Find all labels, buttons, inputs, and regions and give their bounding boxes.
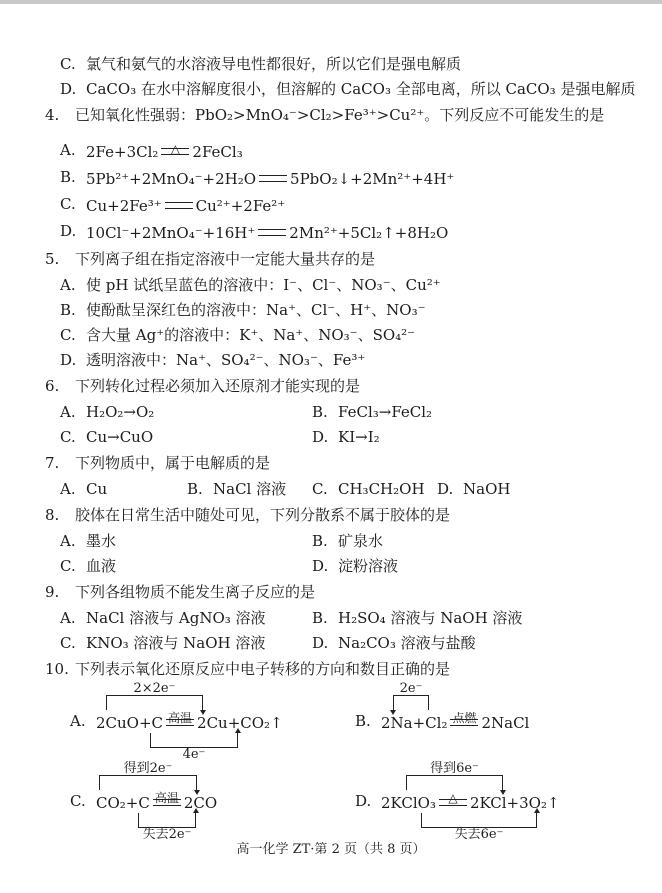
q8-options-row-2: C. 血液 D. 淀粉溶液 [45,554,636,579]
option-label: B. [312,400,338,425]
q6-options-row-2: C. Cu→CuO D. KI→I₂ [45,425,636,450]
equals-with-condition: 高温 [153,790,181,812]
option-label: B. [355,683,381,732]
equals-with-condition [259,165,287,190]
equals-sign [259,175,287,182]
equation: 5Pb²⁺+2MnO₄⁻+2H₂O5PbO₂↓+2Mn²⁺+4H⁺ [86,165,454,192]
question-stem: 下列转化过程必须加入还原剂才能实现的是 [75,373,636,400]
equation: 2Na+Cl₂点燃2NaCl [381,714,529,732]
equation: 10Cl⁻+2MnO₄⁻+16H⁺2Mn²⁺+5Cl₂↑+8H₂O [86,219,448,246]
question-number: 5. [45,246,75,273]
q10-option-a-diagram: A. 2×2e⁻ 2CuO+C高温2Cu+CO₂↑ 4e⁻ [70,683,355,763]
option-text: Cu→CuO [86,425,153,450]
electron-transfer-diagram: 得到6e⁻ 2KClO₃△2KCl+3O₂↑ 失去6e⁻ [381,763,560,814]
electron-bracket-bottom: 失去2e⁻ [138,813,196,828]
q10-diagram-row-1: A. 2×2e⁻ 2CuO+C高温2Cu+CO₂↑ 4e⁻ B. [45,683,636,763]
question-6: 6. 下列转化过程必须加入还原剂才能实现的是 [45,373,636,400]
option-label: A. [60,400,86,425]
option-label: C. [60,554,86,579]
question-stem: 下列离子组在指定溶液中一定能大量共存的是 [75,246,636,273]
option-label: C. [60,425,86,450]
equation-left: 2Na+Cl₂ [381,714,447,732]
page-footer: 高一化学 ZT·第 2 页（共 8 页） [0,838,662,857]
question-number: 10. [45,656,75,683]
q9-options-row-1: A. NaCl 溶液与 AgNO₃ 溶液 B. H₂SO₄ 溶液与 NaOH 溶… [45,606,636,631]
option-label: A. [60,273,86,298]
arrow-up-icon [534,808,540,813]
electron-bracket-top: 2×2e⁻ [106,695,203,710]
equation-left: 5Pb²⁺+2MnO₄⁻+2H₂O [86,170,256,188]
electron-bracket-top: 得到2e⁻ [99,775,197,790]
q7-option-c: C. CH₃CH₂OH [312,477,437,502]
q10-option-d-diagram: D. 得到6e⁻ 2KClO₃△2KCl+3O₂↑ 失去6e⁻ [355,763,560,843]
q4-option-a: A. 2Fe+3Cl₂△2FeCl₃ [45,138,636,165]
q8-options-row-1: A. 墨水 B. 矿泉水 [45,529,636,554]
equation-left: CO₂+C [96,794,150,812]
option-text: KNO₃ 溶液与 NaOH 溶液 [86,631,265,656]
electron-bracket-top: 2e⁻ [393,695,429,710]
q6-option-b: B. FeCl₃→FeCl₂ [312,400,636,425]
electron-count-label: 4e⁻ [183,748,206,762]
question-stem: 下列表示氧化还原反应中电子转移的方向和数目正确的是 [75,656,636,683]
option-text: 淀粉溶液 [338,554,398,579]
equals-with-condition: △ [161,138,189,163]
option-text: NaCl 溶液 [213,477,286,502]
equation-left: Cu+2Fe³⁺ [86,197,162,215]
option-label: A. [70,683,96,732]
question-4: 4. 已知氧化性强弱：PbO₂>MnO₄⁻>Cl₂>Fe³⁺>Cu²⁺。下列反应… [45,102,636,129]
equation-left: 2KClO₃ [381,794,436,812]
q4-option-c: C. Cu+2Fe³⁺Cu²⁺+2Fe²⁺ [45,192,636,219]
q6-option-a: A. H₂O₂→O₂ [60,400,312,425]
option-label: A. [60,606,86,631]
equation-left: 2Fe+3Cl₂ [86,143,158,161]
question-8: 8. 胶体在日常生活中随处可见，下列分散系不属于胶体的是 [45,502,636,529]
electron-transfer-diagram: 得到2e⁻ CO₂+C高温2CO 失去2e⁻ [96,763,217,814]
equation-right: 2CO [184,794,217,812]
q8-option-c: C. 血液 [60,554,312,579]
option-text: H₂O₂→O₂ [86,400,154,425]
question-number: 6. [45,373,75,400]
arrow-up-icon [193,808,199,813]
q5-option-a: A. 使 pH 试纸呈蓝色的溶液中：I⁻、Cl⁻、NO₃⁻、Cu²⁺ [45,273,636,298]
option-label: D. [355,763,381,812]
option-label: D. [60,219,86,246]
option-label: A. [60,477,86,502]
q9-option-b: B. H₂SO₄ 溶液与 NaOH 溶液 [312,606,636,631]
equation-left: 10Cl⁻+2MnO₄⁻+16H⁺ [86,224,255,242]
option-text: FeCl₃→FeCl₂ [338,400,432,425]
question-stem: 胶体在日常生活中随处可见，下列分散系不属于胶体的是 [75,502,636,529]
option-label: D. [312,631,338,656]
option-text: 使酚酞呈深红色的溶液中：Na⁺、Cl⁻、H⁺、NO₃⁻ [86,298,426,323]
option-label: A. [60,529,86,554]
option-text: CaCO₃ 在水中溶解度很小，但溶解的 CaCO₃ 全部电离，所以 CaCO₃ … [86,77,635,102]
option-label: C. [60,323,86,348]
option-text: CH₃CH₂OH [338,477,425,502]
q5-option-c: C. 含大量 Ag⁺的溶液中：K⁺、Na⁺、NO₃⁻、SO₄²⁻ [45,323,636,348]
question-number: 4. [45,102,75,129]
reaction-condition: 高温 [155,792,179,804]
arrow-down-icon [390,710,396,715]
equals-sign [258,229,286,236]
q7-options-row: A. Cu B. NaCl 溶液 C. CH₃CH₂OH D. NaOH [45,477,636,502]
equals-sign [165,202,193,209]
option-text: 墨水 [86,529,116,554]
option-text: NaCl 溶液与 AgNO₃ 溶液 [86,606,266,631]
option-text: 含大量 Ag⁺的溶液中：K⁺、Na⁺、NO₃⁻、SO₄²⁻ [86,323,415,348]
option-label: C. [70,763,96,812]
option-text: Na₂CO₃ 溶液与盐酸 [338,631,476,656]
equals-with-condition: △ [439,790,467,812]
option-label: B. [187,477,213,502]
reaction-condition: △ [171,143,180,155]
q3-option-c: C. 氯气和氨气的水溶液导电性都很好，所以它们是强电解质 [45,52,636,77]
q5-option-b: B. 使酚酞呈深红色的溶液中：Na⁺、Cl⁻、H⁺、NO₃⁻ [45,298,636,323]
option-label: B. [312,606,338,631]
option-label: B. [312,529,338,554]
electron-bracket-bottom: 4e⁻ [150,733,238,748]
electron-bracket-bottom: 失去6e⁻ [421,813,537,828]
q8-option-d: D. 淀粉溶液 [312,554,636,579]
option-text: 血液 [86,554,116,579]
question-number: 7. [45,450,75,477]
reaction-condition: △ [448,792,457,804]
q4-option-d: D. 10Cl⁻+2MnO₄⁻+16H⁺2Mn²⁺+5Cl₂↑+8H₂O [45,219,636,246]
equals-with-condition [258,219,286,244]
option-label: D. [312,425,338,450]
option-label: C. [60,52,86,77]
question-5: 5. 下列离子组在指定溶液中一定能大量共存的是 [45,246,636,273]
option-text: H₂SO₄ 溶液与 NaOH 溶液 [338,606,522,631]
electron-transfer-diagram: 2e⁻ 2Na+Cl₂点燃2NaCl [381,683,529,734]
option-text: 透明溶液中：Na⁺、SO₄²⁻、NO₃⁻、Fe³⁺ [86,348,365,373]
exam-content: C. 氯气和氨气的水溶液导电性都很好，所以它们是强电解质 D. CaCO₃ 在水… [0,0,662,843]
electron-count-label: 2×2e⁻ [134,682,176,696]
option-label: C. [60,192,86,219]
question-10: 10. 下列表示氧化还原反应中电子转移的方向和数目正确的是 [45,656,636,683]
exam-page: C. 氯气和氨气的水溶液导电性都很好，所以它们是强电解质 D. CaCO₃ 在水… [0,0,662,893]
equation-right: 2NaCl [481,714,529,732]
option-text: 矿泉水 [338,529,383,554]
q7-option-b: B. NaCl 溶液 [187,477,312,502]
reaction-condition: 点燃 [452,712,476,724]
option-label: B. [60,165,86,192]
option-label: B. [60,298,86,323]
arrow-down-icon [200,710,206,715]
question-stem: 下列物质中，属于电解质的是 [75,450,636,477]
q7-option-d: D. NaOH [437,477,636,502]
option-text: KI→I₂ [338,425,380,450]
question-number: 9. [45,579,75,606]
option-label: D. [60,77,86,102]
q7-option-a: A. Cu [60,477,187,502]
q3-option-d: D. CaCO₃ 在水中溶解度很小，但溶解的 CaCO₃ 全部电离，所以 CaC… [45,77,636,102]
equals-with-condition [165,192,193,217]
equation: 2Fe+3Cl₂△2FeCl₃ [86,138,243,165]
option-label: C. [60,631,86,656]
electron-bracket-top: 得到6e⁻ [406,775,503,790]
q6-option-c: C. Cu→CuO [60,425,312,450]
electron-count-label: 得到2e⁻ [124,762,173,776]
q10-diagram-row-2: C. 得到2e⁻ CO₂+C高温2CO 失去2e⁻ D. [45,763,636,843]
equals-with-condition: 高温 [166,710,194,732]
arrow-down-icon [194,790,200,795]
option-text: NaOH [463,477,510,502]
q9-option-c: C. KNO₃ 溶液与 NaOH 溶液 [60,631,312,656]
equation: Cu+2Fe³⁺Cu²⁺+2Fe²⁺ [86,192,285,219]
equation: 2KClO₃△2KCl+3O₂↑ [381,794,560,812]
question-9: 9. 下列各组物质不能发生离子反应的是 [45,579,636,606]
option-label: C. [312,477,338,502]
option-text: 氯气和氨气的水溶液导电性都很好，所以它们是强电解质 [86,52,461,77]
arrow-up-icon [235,728,241,733]
option-label: D. [437,477,463,502]
q9-option-a: A. NaCl 溶液与 AgNO₃ 溶液 [60,606,312,631]
option-label: A. [60,138,86,165]
q9-options-row-2: C. KNO₃ 溶液与 NaOH 溶液 D. Na₂CO₃ 溶液与盐酸 [45,631,636,656]
q6-option-d: D. KI→I₂ [312,425,636,450]
reaction-condition: 高温 [168,712,192,724]
question-stem: 下列各组物质不能发生离子反应的是 [75,579,636,606]
q4-option-b: B. 5Pb²⁺+2MnO₄⁻+2H₂O5PbO₂↓+2Mn²⁺+4H⁺ [45,165,636,192]
question-number: 8. [45,502,75,529]
q5-option-d: D. 透明溶液中：Na⁺、SO₄²⁻、NO₃⁻、Fe³⁺ [45,348,636,373]
q10-option-b-diagram: B. 2e⁻ 2Na+Cl₂点燃2NaCl [355,683,529,763]
electron-transfer-diagram: 2×2e⁻ 2CuO+C高温2Cu+CO₂↑ 4e⁻ [96,683,283,734]
option-label: D. [60,348,86,373]
q10-option-c-diagram: C. 得到2e⁻ CO₂+C高温2CO 失去2e⁻ [70,763,355,843]
q8-option-b: B. 矿泉水 [312,529,636,554]
arrow-down-icon [500,790,506,795]
equation-left: 2CuO+C [96,714,163,732]
electron-count-label: 2e⁻ [400,682,423,696]
option-text: 使 pH 试纸呈蓝色的溶液中：I⁻、Cl⁻、NO₃⁻、Cu²⁺ [86,273,441,298]
equation-right: 2FeCl₃ [192,143,242,161]
equation-right: Cu²⁺+2Fe²⁺ [196,197,286,215]
equation-right: 2Mn²⁺+5Cl₂↑+8H₂O [289,224,448,242]
option-label: D. [312,554,338,579]
equation-right: 5PbO₂↓+2Mn²⁺+4H⁺ [290,170,454,188]
equation: 2CuO+C高温2Cu+CO₂↑ [96,714,283,732]
question-stem: 已知氧化性强弱：PbO₂>MnO₄⁻>Cl₂>Fe³⁺>Cu²⁺。下列反应不可能… [75,102,636,129]
question-7: 7. 下列物质中，属于电解质的是 [45,450,636,477]
q9-option-d: D. Na₂CO₃ 溶液与盐酸 [312,631,636,656]
option-text: Cu [86,477,107,502]
equation-right: 2KCl+3O₂↑ [470,794,560,812]
q6-options-row-1: A. H₂O₂→O₂ B. FeCl₃→FeCl₂ [45,400,636,425]
electron-count-label: 得到6e⁻ [430,762,479,776]
equals-with-condition: 点燃 [450,710,478,732]
q8-option-a: A. 墨水 [60,529,312,554]
